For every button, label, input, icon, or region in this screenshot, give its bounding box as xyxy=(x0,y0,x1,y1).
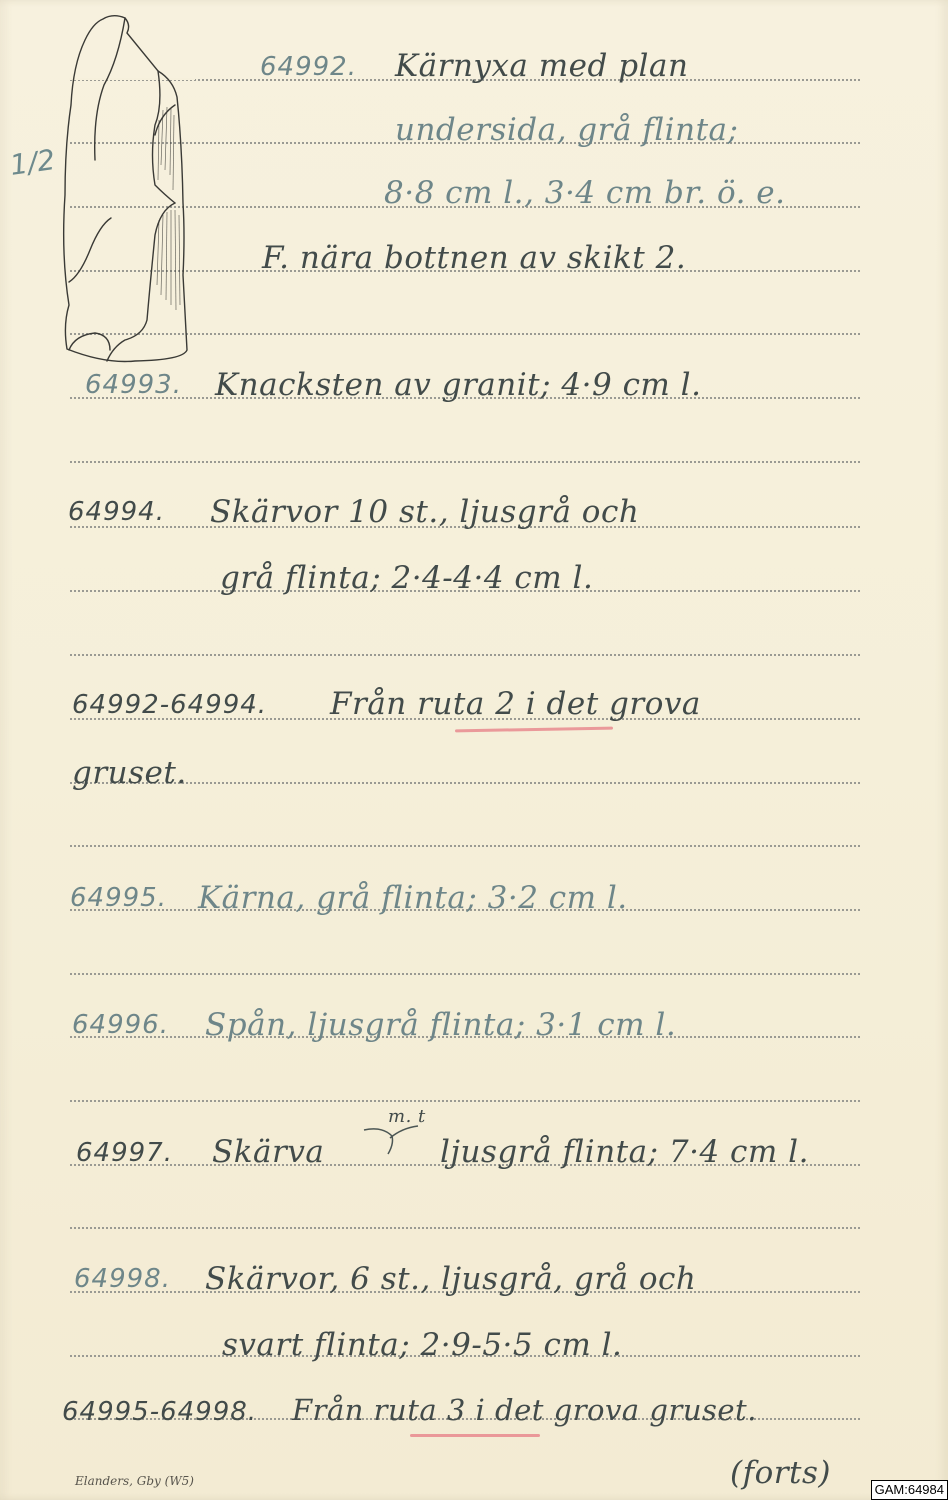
entry-number: 64995. xyxy=(70,883,167,913)
entry-text: ljusgrå flinta; 7·4 cm l. xyxy=(440,1134,809,1170)
ruled-line xyxy=(70,1227,860,1229)
entry-text: svart flinta; 2·9-5·5 cm l. xyxy=(222,1327,622,1363)
entry-text: Från ruta 3 i det grova gruset. xyxy=(292,1393,757,1427)
ruled-line xyxy=(70,1100,860,1102)
entry-text: Spån, ljusgrå flinta; 3·1 cm l. xyxy=(205,1007,676,1043)
red-underline xyxy=(455,727,613,733)
flint-axe-drawing-icon xyxy=(55,5,205,370)
entry-text: Kärna, grå flinta; 3·2 cm l. xyxy=(198,880,628,916)
ruled-line xyxy=(70,654,860,656)
entry-number: 64994. xyxy=(68,497,165,527)
red-underline xyxy=(410,1434,540,1437)
entry-number: 64998. xyxy=(74,1264,171,1294)
ruled-line xyxy=(70,845,860,847)
entry-number: 64992. xyxy=(260,52,357,82)
printer-mark: Elanders, Gby (W5) xyxy=(75,1474,194,1488)
entry-number: 64996. xyxy=(72,1010,169,1040)
entry-text: grå flinta; 2·4-4·4 cm l. xyxy=(220,560,593,596)
continued-note: (forts) xyxy=(730,1455,831,1491)
ruled-line xyxy=(70,973,860,975)
archive-id-label: GAM:64984 xyxy=(871,1480,948,1500)
ruled-line xyxy=(70,461,860,463)
entry-text: Skärvor, 6 st., ljusgrå, grå och xyxy=(205,1261,696,1297)
ruled-line xyxy=(70,782,860,784)
catalogue-card: 1/2 64992. Kärnyxa med plan u xyxy=(0,0,948,1500)
insertion-mark-icon xyxy=(362,1124,422,1164)
entry-range: 64992-64994. xyxy=(72,690,267,720)
scale-note: 1/2 xyxy=(8,143,57,182)
entry-text: F. nära bottnen av skikt 2. xyxy=(262,240,686,276)
entry-text: gruset. xyxy=(72,755,187,791)
entry-text: Skärvor 10 st., ljusgrå och xyxy=(210,494,639,530)
entry-number: 64993. xyxy=(85,370,182,400)
entry-text: Kärnyxa med plan xyxy=(395,48,688,84)
entry-text: 8·8 cm l., 3·4 cm br. ö. e. xyxy=(384,175,786,211)
entry-text: Knacksten av granit; 4·9 cm l. xyxy=(215,367,701,403)
entry-text: undersida, grå flinta; xyxy=(395,112,738,148)
entry-number: 64997. xyxy=(76,1138,173,1168)
entry-text: Från ruta 2 i det grova xyxy=(330,686,701,722)
entry-text: Skärva xyxy=(212,1134,324,1170)
entry-range: 64995-64998. xyxy=(62,1397,257,1427)
